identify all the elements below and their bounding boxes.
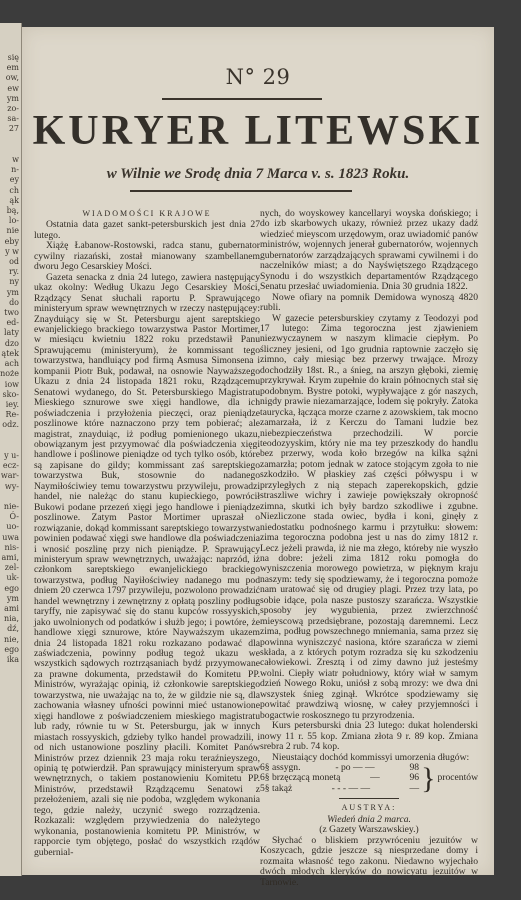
left-column: WIADOMOŚCI KRAJOWE Ostatnia data gazet s…	[34, 209, 260, 858]
section-divider	[339, 798, 399, 799]
rates-table: 6§ assygn. - po — — 98 6§ brzęczącą mone…	[260, 763, 478, 794]
article-paragraph: Nowe ofiary na pomnik Demidowa wynoszą 4…	[260, 293, 478, 314]
article-paragraph: Xiążę Łabanow-Rostowski, radca stanu, gu…	[34, 241, 260, 272]
newspaper-page: N° 29 KURYER LITEWSKI w Wilnie we Srodę …	[22, 27, 494, 875]
rates-row: 5§ takąż - - - — — —	[260, 784, 419, 794]
article-paragraph: Ostatnia data gazet sankt-petersburskich…	[34, 220, 260, 241]
article-paragraph: W gazecie petersburskiey czytamy z Teodo…	[260, 314, 478, 722]
previous-page-text: się em ow, ew ym zo- sa- 27 w n- ey ch ą…	[0, 53, 19, 665]
article-paragraph: nych, do woyskowey kancellaryi woyska do…	[260, 209, 478, 293]
article-paragraph: Gazeta senacka z dnia 24 lutego, zawiera…	[34, 273, 260, 858]
previous-page-edge: się em ow, ew ym zo- sa- 27 w n- ey ch ą…	[0, 23, 22, 876]
brace-icon: }	[421, 764, 435, 794]
issue-number: N° 29	[22, 65, 494, 89]
header-rule-top	[162, 98, 322, 100]
exchange-rate-paragraph: Kurs petersburski dnia 23 lutego: dukat …	[260, 721, 478, 752]
dateline: w Wilnie we Srodę dnia 7 Marca v. s. 182…	[22, 166, 494, 183]
masthead-title: KURYER LITEWSKI	[22, 107, 494, 155]
article-paragraph: Słychać o bliskiem przywróceniu jezuitów…	[260, 836, 478, 888]
rates-unit: procentów	[438, 773, 479, 783]
header-rule-bottom	[130, 190, 352, 192]
section-heading-austria: AUSTRYA:	[260, 803, 478, 813]
right-column: nych, do woyskowey kancellaryi woyska do…	[260, 209, 478, 888]
section-heading-domestic: WIADOMOŚCI KRAJOWE	[34, 209, 260, 219]
